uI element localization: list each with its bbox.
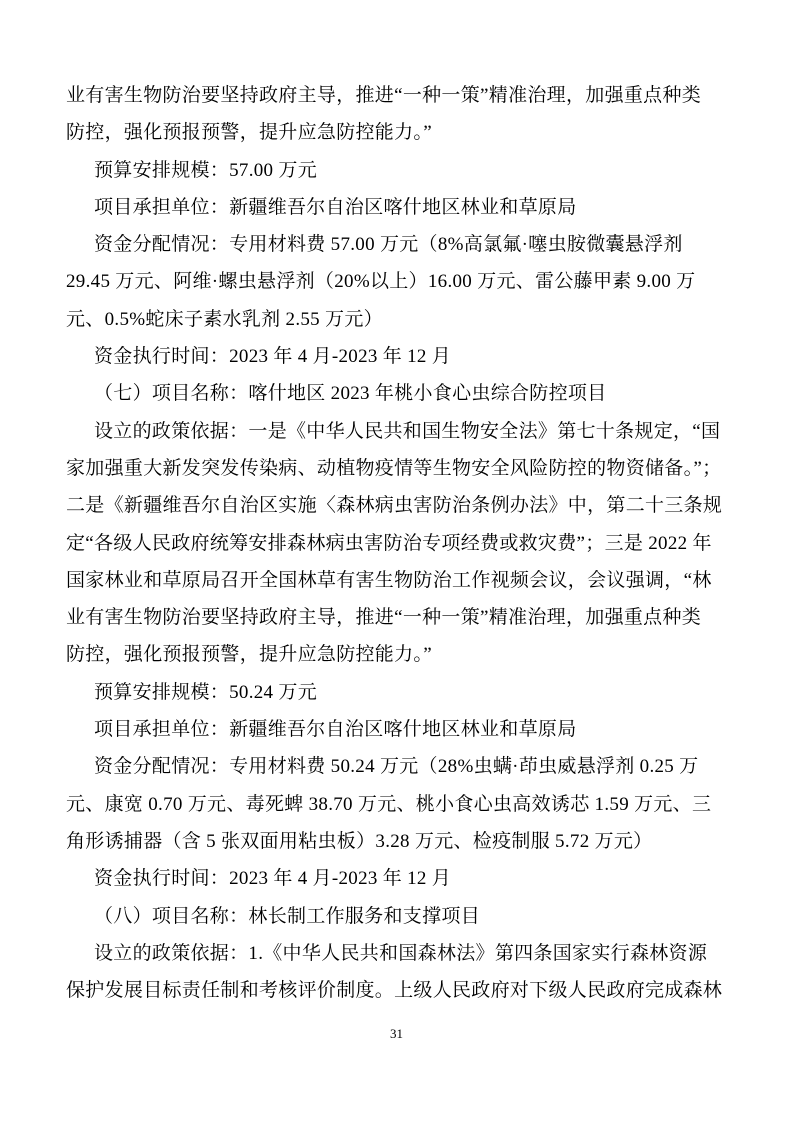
document-line: 29.45 万元、阿维·螺虫悬浮剂（20%以上）16.00 万元、雷公藤甲素 9… [66,263,714,300]
page-number: 31 [0,1026,793,1042]
document-line: 设立的政策依据：1.《中华人民共和国森林法》第四条国家实行森林资源 [66,935,714,972]
document-line: 资金执行时间：2023 年 4 月-2023 年 12 月 [66,338,714,375]
document-line: 元、0.5%蛇床子素水乳剂 2.55 万元） [66,301,714,338]
document-line: 元、康宽 0.70 万元、毒死蜱 38.70 万元、桃小食心虫高效诱芯 1.59… [66,786,714,823]
document-line: 防控，强化预报预警，提升应急防控能力。” [66,114,714,151]
document-line: 预算安排规模：50.24 万元 [66,674,714,711]
document-line: 项目承担单位：新疆维吾尔自治区喀什地区林业和草原局 [66,711,714,748]
document-line: 资金执行时间：2023 年 4 月-2023 年 12 月 [66,860,714,897]
document-line: 资金分配情况：专用材料费 57.00 万元（8%高氯氟·噻虫胺微囊悬浮剂 [66,226,714,263]
document-line: 项目承担单位：新疆维吾尔自治区喀什地区林业和草原局 [66,189,714,226]
document-line: 定“各级人民政府统筹安排森林病虫害防治专项经费或救灾费”；三是 2022 年 [66,525,714,562]
document-line: 角形诱捕器（含 5 张双面用粘虫板）3.28 万元、检疫制服 5.72 万元） [66,823,714,860]
document-page: 业有害生物防治要坚持政府主导，推进“一种一策”精准治理，加强重点种类 防控，强化… [0,0,793,1122]
document-line: 资金分配情况：专用材料费 50.24 万元（28%虫螨·茚虫威悬浮剂 0.25 … [66,748,714,785]
document-line: 防控，强化预报预警，提升应急防控能力。” [66,636,714,673]
document-line: 国家林业和草原局召开全国林草有害生物防治工作视频会议，会议强调，“林 [66,562,714,599]
document-body: 业有害生物防治要坚持政府主导，推进“一种一策”精准治理，加强重点种类 防控，强化… [66,77,714,1009]
document-line: 业有害生物防治要坚持政府主导，推进“一种一策”精准治理，加强重点种类 [66,599,714,636]
document-line: 预算安排规模：57.00 万元 [66,152,714,189]
document-line: （八）项目名称：林长制工作服务和支撑项目 [66,898,714,935]
document-line: 二是《新疆维吾尔自治区实施〈森林病虫害防治条例办法》中，第二十三条规 [66,487,714,524]
document-line: （七）项目名称：喀什地区 2023 年桃小食心虫综合防控项目 [66,375,714,412]
document-line: 设立的政策依据：一是《中华人民共和国生物安全法》第七十条规定，“国 [66,413,714,450]
document-line: 业有害生物防治要坚持政府主导，推进“一种一策”精准治理，加强重点种类 [66,77,714,114]
document-line: 家加强重大新发突发传染病、动植物疫情等生物安全风险防控的物资储备。”； [66,450,714,487]
document-line: 保护发展目标责任制和考核评价制度。上级人民政府对下级人民政府完成森林 [66,972,714,1009]
